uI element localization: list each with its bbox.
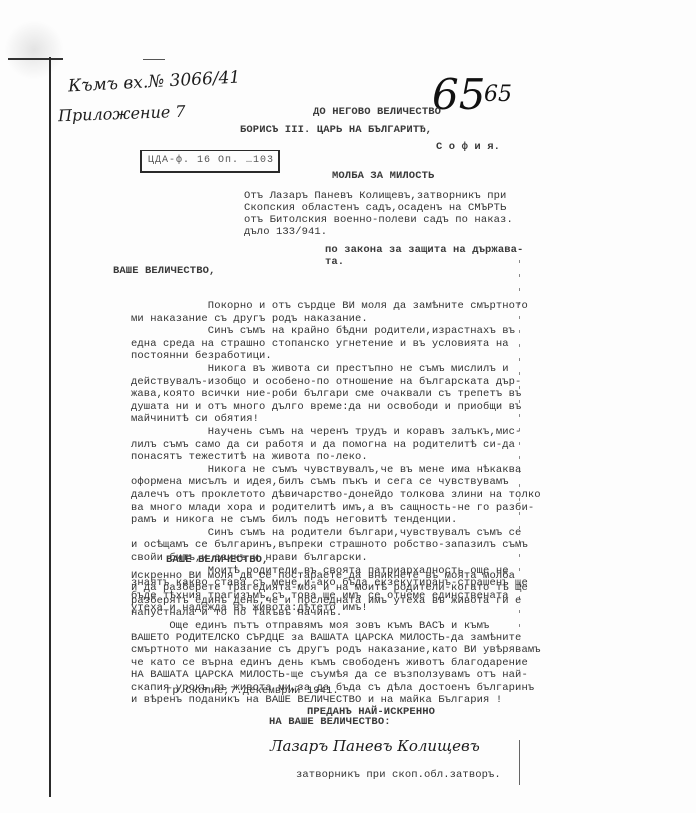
date-line: гр.Скопие,7.декемврий 1941. [166, 685, 339, 697]
paragraph-line: далечъ отъ проклетото дѣвичарство-донейд… [131, 489, 541, 501]
handwritten-reference-note: Къмъ вх.№ 3066/41 [68, 68, 241, 97]
letter-title: МОЛБА ЗА МИЛОСТЬ [332, 170, 434, 182]
scan-stain [4, 20, 64, 80]
sender-line: отъ Битолския военно-полеви садъ по нака… [244, 214, 513, 226]
paragraph-line: Още единъ пътъ отправямъ моя зовъ къмъ В… [131, 620, 489, 632]
valediction-line: НА ВАШЕ ВЕЛИЧЕСТВО: [269, 716, 391, 728]
law-note-line: по закона за защита на държава- [325, 244, 523, 256]
margin-mark [143, 59, 165, 60]
scanned-letter-page: Къмъ вх.№ 3066/41 Приложение 7 65 65 ДО … [0, 0, 696, 813]
paragraph-line: оформена мисълъ и идея,билъ съмъ пъкъ и … [131, 476, 509, 488]
paragraph-line: че като се върна единъ день къмъ свободе… [131, 657, 528, 669]
paragraph-line: душата ни и отъ много дълго време:да ни … [131, 401, 521, 413]
paragraph-line: Никога въ живота си престъпно не съмъ ми… [131, 363, 509, 375]
paragraph-line: Научень съмъ на черенъ трудъ и коравъ за… [131, 426, 521, 438]
handwritten-attachment-note: Приложение 7 [58, 102, 186, 125]
paragraph-line: ми наказание съ другъ родъ наказание. [131, 313, 368, 325]
signature-role: затворникъ при скоп.обл.затворъ. [296, 769, 501, 781]
handwritten-signature: Лазаръ Паневъ Колищевъ [270, 737, 480, 755]
paragraph-line: действувалъ-изобщо и особено-по отношени… [131, 376, 521, 388]
paragraph-line: ВАШЕТО РОДИТЕЛСКО СЪРДЦЕ за ВАШАТА ЦАРСК… [131, 632, 521, 644]
paragraph-line: Никога не съмъ чувствувалъ,че въ мене им… [131, 464, 521, 476]
sender-line: Скопския областенъ садъ,осаденъ на СМЪРТ… [244, 202, 506, 214]
paragraph-line: Покорно и отъ сърдце ВИ моля да замѣните… [131, 300, 528, 312]
fold-line [519, 740, 520, 785]
sender-line: дъло 133/941. [244, 226, 327, 238]
folio-number-small: 65 [484, 82, 512, 107]
salutation: ВАШЕ ВЕЛИЧЕСТВО, [113, 265, 215, 277]
paragraph-line: разберятъ единъ день,че и последната имъ… [131, 595, 521, 607]
archive-stamp: ЦДА-ф. 16 Оп. …103 [140, 150, 280, 173]
margin-mark [8, 58, 63, 60]
addressee-place: С о ф и я. [436, 141, 500, 153]
paragraph-line: понасятъ тежеститѣ на живота по-леко. [131, 451, 368, 463]
paragraph-line: НА ВАШАТА ЦАРСКА МИЛОСТЬ-ще съумѣя да се… [131, 669, 528, 681]
paragraph-line: жава,която всички ние-роби българи сме о… [131, 388, 521, 400]
addressee-line-1: ДО НЕГОВО ВЕЛИЧЕСТВО [313, 106, 441, 118]
paragraph-line: смъртното ми наказание съ другъ родъ нак… [131, 644, 541, 656]
paragraph-line: Синъ съмъ на крайно бѣдни родители,израс… [131, 325, 515, 337]
paragraph-line: ва много млади хора и родителитѣ имъ,а в… [131, 502, 534, 514]
binding-margin-line [49, 57, 51, 797]
paragraph-line: постоянни безработици. [131, 350, 272, 362]
paragraph-line: майчинитѣ си обятия! [131, 413, 259, 425]
paragraph-line: рамъ и никога не съмъ билъ подъ неговитѣ… [131, 514, 457, 526]
addressee-line-2: БОРИСЪ III. ЦАРЬ НА БЪЛГАРИТЂ, [240, 124, 432, 136]
paragraph-line: напустнала и то по такъвъ начинъ. [131, 607, 342, 619]
paragraph-line: и да разберете трагедията-моя и на моитѣ… [131, 582, 528, 594]
paragraph-line: Синъ съмъ на родители българи,чувствувал… [131, 527, 521, 539]
sender-line: Отъ Лазаръ Паневъ Колищевъ,затворникъ пр… [244, 190, 506, 202]
paragraph-line: лилъ съмъ само да си работя и да помогна… [131, 439, 515, 451]
paragraph-line: Искренно ВИ моля да се постараете да вни… [131, 570, 515, 582]
salutation-repeat: ВАШЕ ВЕЛИЧЕСТВО, [166, 554, 268, 566]
paragraph-line: и осѣщамъ се българинъ,въпреки страшното… [131, 539, 528, 551]
fold-line [519, 260, 520, 630]
paragraph-line: една среда на страшно стопанско угнетени… [131, 338, 509, 350]
law-note-line: та. [325, 256, 344, 268]
